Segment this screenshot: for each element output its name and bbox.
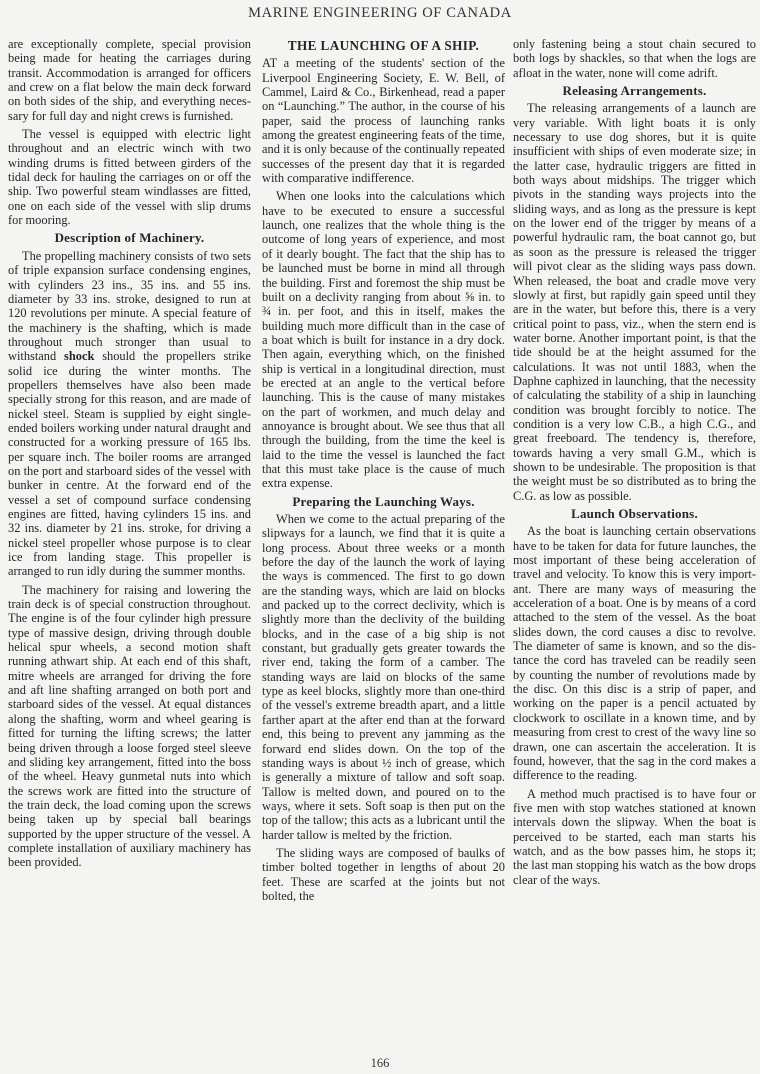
left-column: are exceptionally complete, special pro­… bbox=[8, 37, 251, 874]
running-head-title: MARINE ENGINEERING OF CANADA bbox=[0, 5, 760, 22]
paragraph-calculations: When one looks into the calculations whi… bbox=[262, 189, 505, 490]
paragraph-train-deck-machinery: The machinery for raising and low­ering … bbox=[8, 583, 251, 870]
section-heading-observations: Launch Observations. bbox=[513, 507, 756, 521]
paragraph-ferry-accommodation: are exceptionally complete, special pro­… bbox=[8, 37, 251, 123]
right-column: only fastening being a stout chain secur… bbox=[513, 37, 756, 891]
paragraph-stop-watches: A method much practised is to have four … bbox=[513, 787, 756, 887]
text-run: The propelling machinery consists of two… bbox=[8, 249, 251, 363]
section-heading-machinery: Description of Machinery. bbox=[8, 231, 251, 245]
paragraph-electric-equipment: The vessel is equipped with electric lig… bbox=[8, 127, 251, 227]
bold-word-shock: shock bbox=[64, 349, 94, 363]
paragraph-propelling-machinery: The propelling machinery consists of two… bbox=[8, 249, 251, 579]
middle-column: THE LAUNCHING OF A SHIP. AT a meeting of… bbox=[262, 39, 505, 907]
paragraph-intro: AT a meeting of the students' section of… bbox=[262, 56, 505, 185]
article-title: THE LAUNCHING OF A SHIP. bbox=[262, 39, 505, 53]
paragraph-releasing-arrangements: The releasing arrangements of a launch a… bbox=[513, 101, 756, 503]
paragraph-observations: As the boat is launching certain ob­serv… bbox=[513, 524, 756, 782]
section-heading-releasing: Releasing Arrangements. bbox=[513, 84, 756, 98]
paragraph-preparing-ways: When we come to the actual preparing of … bbox=[262, 512, 505, 842]
text-run: should the propellers strike solid ice d… bbox=[8, 349, 251, 578]
paragraph-chain-fastening: only fastening being a stout chain secur… bbox=[513, 37, 756, 80]
section-heading-launching-ways: Preparing the Launching Ways. bbox=[262, 495, 505, 509]
paragraph-sliding-ways: The sliding ways are composed of baulks … bbox=[262, 846, 505, 903]
page-number: 166 bbox=[0, 1056, 760, 1071]
